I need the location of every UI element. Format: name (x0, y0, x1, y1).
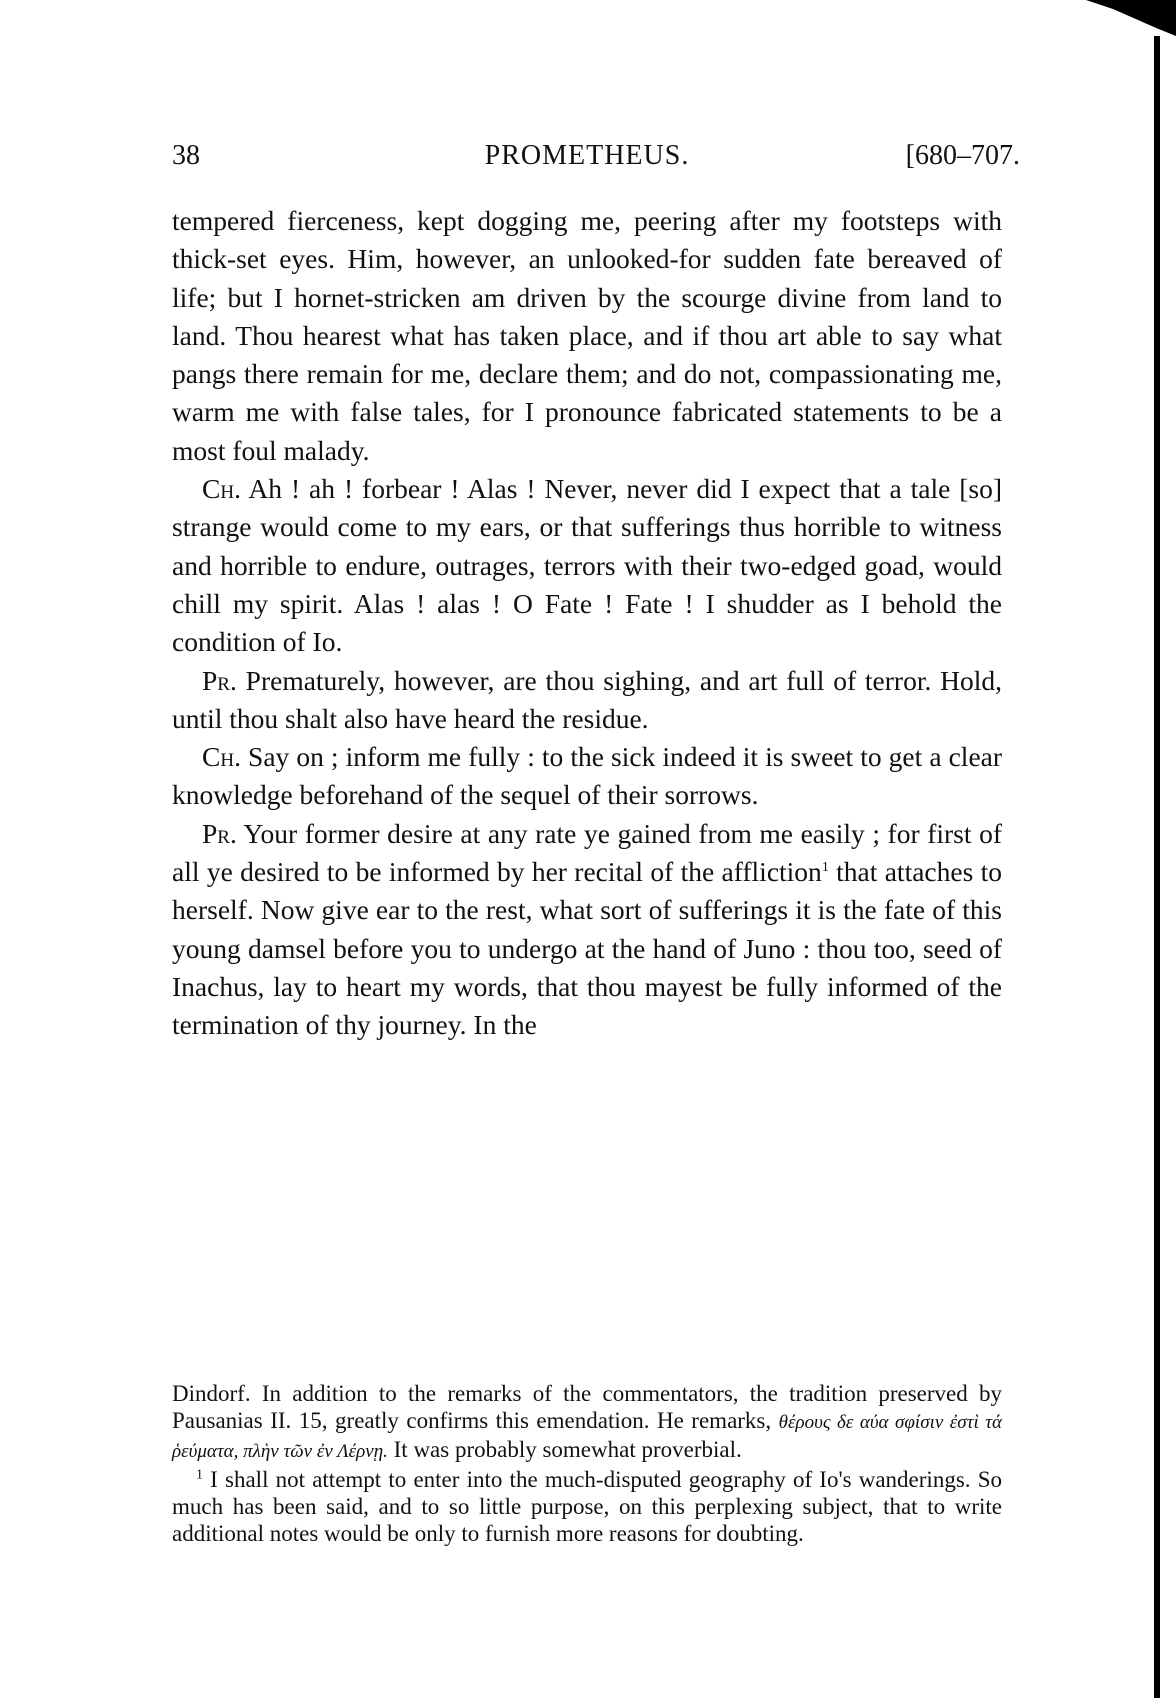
running-title: PROMETHEUS. (172, 140, 1002, 172)
page-edge-line (1154, 36, 1160, 1698)
paragraph-text: Prematurely, however, are thou sighing, … (172, 665, 1002, 734)
footnote-continued: Dindorf. In addition to the remarks of t… (172, 1380, 1002, 1466)
paragraph: tempered fierceness, kept dogging me, pe… (172, 202, 1002, 470)
footnotes: Dindorf. In addition to the remarks of t… (172, 1380, 1002, 1547)
footnote-1: 1 I shall not attempt to enter into the … (172, 1466, 1002, 1548)
paragraph: Pr. Prematurely, however, are thou sighi… (172, 662, 1002, 739)
line-range: [680–707. (906, 140, 1020, 172)
footnote-text: It was probably somewhat proverbial. (388, 1437, 742, 1462)
footnote-text: I shall not attempt to enter into the mu… (172, 1467, 1002, 1546)
speaker-label: Ch. (202, 741, 241, 772)
paragraph-text: tempered fierceness, kept dogging me, pe… (172, 205, 1002, 466)
paragraph: Ch. Ah ! ah ! forbear ! Alas ! Never, ne… (172, 470, 1002, 661)
paragraph: Ch. Say on ; inform me fully : to the si… (172, 738, 1002, 815)
speaker-label: Pr. (202, 665, 237, 696)
speaker-label: Pr. (202, 818, 237, 849)
paragraph-text: Ah ! ah ! forbear ! Alas ! Never, never … (172, 473, 1002, 657)
page-edge-shadow (1086, 0, 1176, 36)
paragraph: Pr. Your former desire at any rate ye ga… (172, 815, 1002, 1045)
footnote-ref[interactable]: 1 (822, 860, 829, 875)
main-text: tempered fierceness, kept dogging me, pe… (172, 202, 1002, 1045)
running-header: 38 PROMETHEUS. [680–707. (172, 140, 1002, 184)
footnote-marker: 1 (196, 1467, 203, 1482)
paragraph-text: Say on ; inform me fully : to the sick i… (172, 741, 1002, 810)
speaker-label: Ch. (202, 473, 241, 504)
